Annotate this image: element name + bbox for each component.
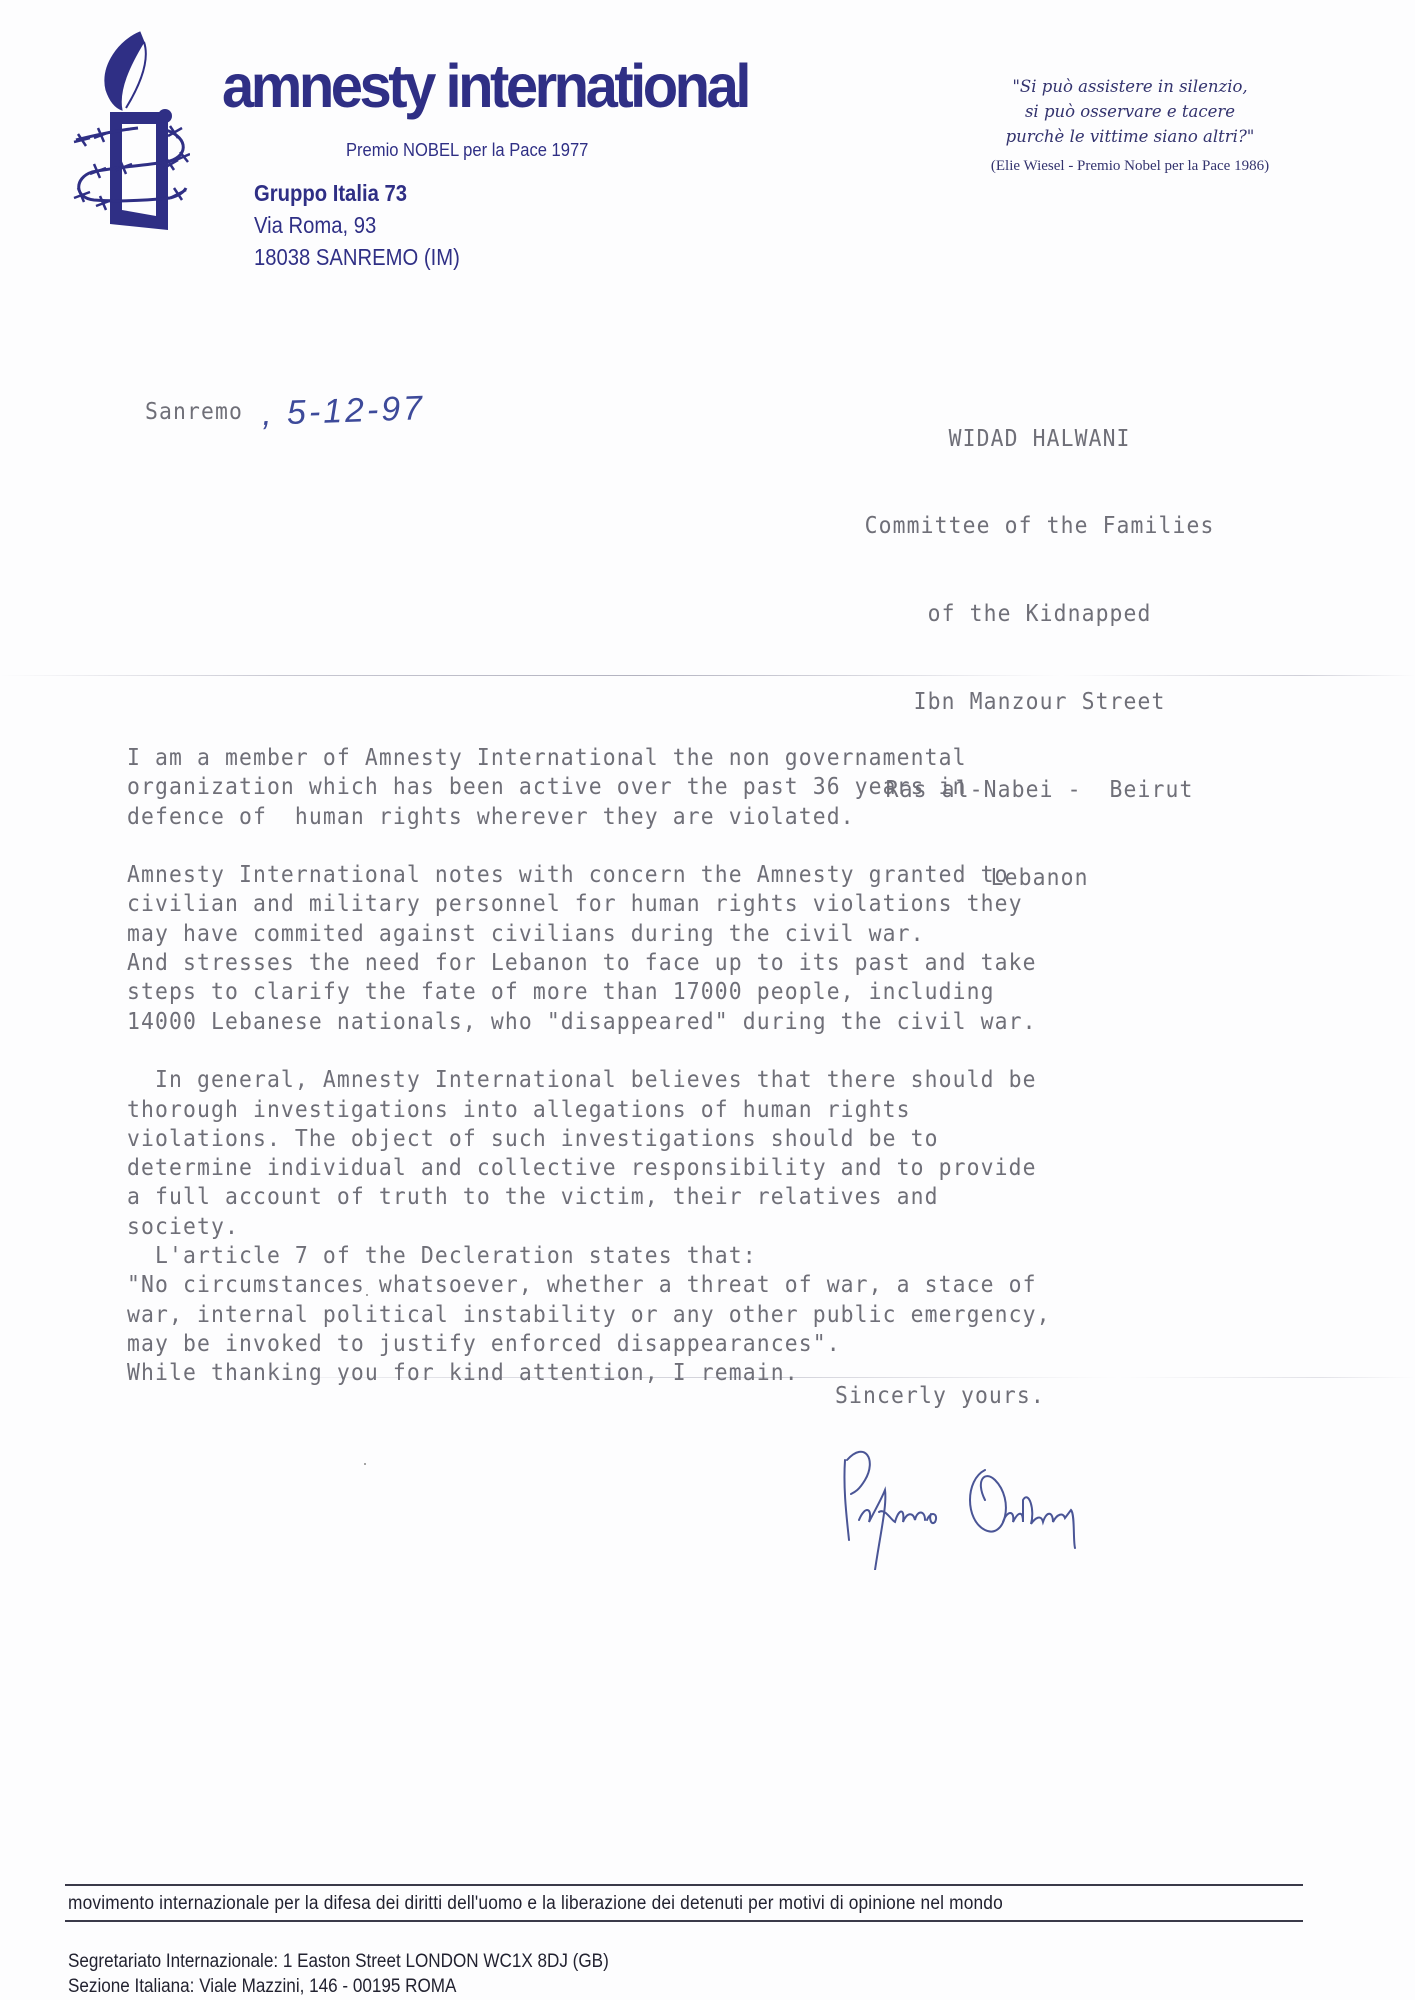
footer-rule-top [65,1884,1303,1886]
quote-line: "Si può assistere in silenzio, [920,74,1340,99]
letter-body-line: may have commited against civilians duri… [127,920,1051,949]
group-street: Via Roma, 93 [254,212,376,239]
letter-body-line: violations. The object of such investiga… [127,1125,1051,1154]
recipient-line: Ibn Manzour Street [835,688,1244,717]
footer-motto: movimento internazionale per la difesa d… [68,1893,1003,1915]
letter-body-line: In general, Amnesty International believ… [127,1066,1051,1095]
dateline-place: Sanremo [145,398,243,427]
signature [835,1430,1125,1570]
quote-attribution: (Elie Wiesel - Premio Nobel per la Pace … [920,158,1340,175]
letter-body-line [127,832,1051,861]
recipient-line: WIDAD HALWANI [835,425,1244,454]
letter-body-line: "No circumstances whatsoever, whether a … [127,1271,1051,1300]
letter-body-line: organization which has been active over … [127,773,1051,802]
footer-italian-section-address: Sezione Italiana: Viale Mazzini, 146 - 0… [68,1976,456,1998]
paper-speck [366,1294,368,1296]
paper-speck [364,1463,366,1465]
candle-barbed-wire-icon [70,30,190,235]
closing-text: Sincerly yours. [835,1382,1045,1411]
letter-body-line: may be invoked to justify enforced disap… [127,1330,1051,1359]
quote-line: si può osservare e tacere [920,99,1340,124]
group-name: Gruppo Italia 73 [254,180,407,207]
paper-fold-line [0,675,1415,676]
quote-line: purchè le vittime siano altri?" [920,124,1340,149]
letter-body-line: determine individual and collective resp… [127,1154,1051,1183]
letter-body-line: thorough investigations into allegations… [127,1096,1051,1125]
letter-body: I am a member of Amnesty International t… [127,744,1051,1389]
letter-body-line [127,1037,1051,1066]
letter-body-line: civilian and military personnel for huma… [127,890,1051,919]
letter-body-line: Amnesty International notes with concern… [127,861,1051,890]
letter-body-line: war, internal political instability or a… [127,1301,1051,1330]
nobel-award-text: Premio NOBEL per la Pace 1977 [346,140,588,161]
letter-body-line: steps to clarify the fate of more than 1… [127,978,1051,1007]
letter-body-line: 14000 Lebanese nationals, who "disappear… [127,1008,1051,1037]
dateline-handwritten-date: , 5-12-97 [261,389,425,434]
brand-name: amnesty international [222,57,748,118]
letter-body-line: defence of human rights wherever they ar… [127,803,1051,832]
group-city: 18038 SANREMO (IM) [254,244,460,271]
recipient-line: Committee of the Families [835,512,1244,541]
letter-body-line: And stresses the need for Lebanon to fac… [127,949,1051,978]
recipient-line: of the Kidnapped [835,600,1244,629]
letter-body-line: a full account of truth to the victim, t… [127,1183,1051,1212]
footer-secretariat-address: Segretariato Internazionale: 1 Easton St… [68,1951,609,1973]
letter-body-line: I am a member of Amnesty International t… [127,744,1051,773]
letter-body-line: L'article 7 of the Decleration states th… [127,1242,1051,1271]
letter-body-line: society. [127,1213,1051,1242]
footer-rule-bottom [65,1920,1303,1922]
quote: "Si può assistere in silenzio, si può os… [920,74,1340,149]
